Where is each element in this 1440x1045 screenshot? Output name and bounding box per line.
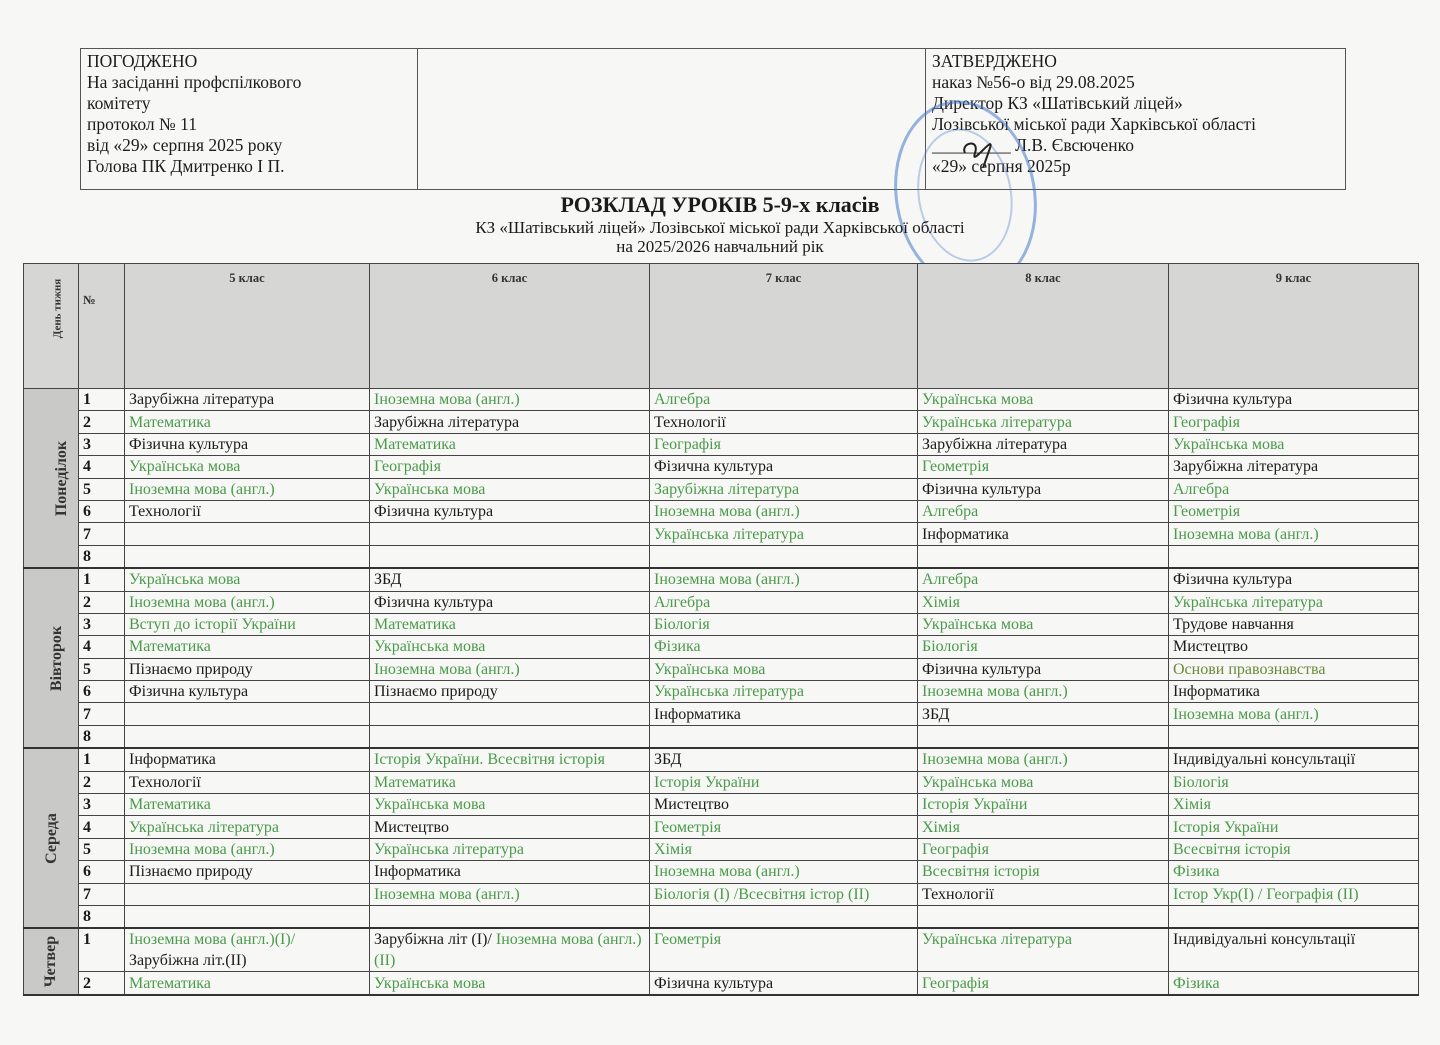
lesson-number: 5 [79, 838, 125, 860]
table-row: 6ТехнологіїФізична культураІноземна мова… [24, 500, 1419, 522]
table-row: 4Українська моваГеографіяФізична культур… [24, 456, 1419, 478]
lesson-number: 4 [79, 456, 125, 478]
header-class-6: 6 клас [370, 264, 650, 389]
lesson-cell: Індивідуальні консультації [1169, 748, 1419, 771]
approved-order: наказ №56-о від 29.08.2025 [932, 72, 1339, 93]
lesson-cell: Алгебра [918, 500, 1169, 522]
table-row: 4Українська літератураМистецтвоГеометрія… [24, 816, 1419, 838]
lesson-cell: Технології [650, 411, 918, 433]
header-number: № [79, 264, 125, 389]
approved-director: Директор КЗ «Шатівський ліцей» [932, 93, 1339, 114]
lesson-cell: Іноземна мова (англ.) [125, 478, 370, 500]
lesson-cell: Іноземна мова (англ.) [918, 681, 1169, 703]
table-row: 5Іноземна мова (англ.)Українська моваЗар… [24, 478, 1419, 500]
lesson-cell: Фізична культура [370, 591, 650, 613]
lesson-cell: Пізнаємо природу [370, 681, 650, 703]
lesson-cell [1169, 725, 1419, 748]
table-row: 3Вступ до історії УкраїниМатематикаБіоло… [24, 613, 1419, 635]
lesson-cell [1169, 545, 1419, 568]
lesson-cell: Географія [650, 433, 918, 455]
lesson-cell: ЗБД [370, 568, 650, 591]
lesson-cell: Іноземна мова (англ.) [918, 748, 1169, 771]
lesson-cell: Іноземна мова (англ.) [125, 591, 370, 613]
lesson-cell: Фізика [650, 636, 918, 658]
table-row: 5Іноземна мова (англ.)Українська літерат… [24, 838, 1419, 860]
lesson-cell: Технології [125, 500, 370, 522]
lesson-cell: Українська мова [370, 478, 650, 500]
page-title: РОЗКЛАД УРОКІВ 5-9-х класів [0, 192, 1440, 218]
lesson-number: 5 [79, 658, 125, 680]
day-name: Понеділок [51, 440, 72, 515]
approved-block: ЗАТВЕРДЖЕНО наказ №56-о від 29.08.2025 Д… [926, 49, 1346, 190]
lesson-cell [370, 523, 650, 545]
lesson-cell: Геометрія [650, 816, 918, 838]
lesson-cell: Українська мова [918, 389, 1169, 411]
lesson-number: 2 [79, 771, 125, 793]
lesson-cell: Зарубіжна література [370, 411, 650, 433]
header-day: День тижня [24, 264, 79, 389]
lesson-cell: Географія [370, 456, 650, 478]
lesson-cell: Інформатика [650, 703, 918, 725]
lesson-number: 1 [79, 389, 125, 411]
lesson-cell: Зарубіжна література [1169, 456, 1419, 478]
lesson-cell [918, 905, 1169, 928]
lesson-cell: Вступ до історії України [125, 613, 370, 635]
lesson-cell: Українська мова [370, 972, 650, 995]
lesson-cell: ЗБД [918, 703, 1169, 725]
approval-block: ПОГОДЖЕНО На засіданні профспілкового ко… [80, 48, 1346, 190]
lesson-cell: Істор Укр(І) / Географія (ІІ) [1169, 883, 1419, 905]
lesson-number: 6 [79, 681, 125, 703]
agreed-block: ПОГОДЖЕНО На засіданні профспілкового ко… [81, 49, 418, 190]
lesson-cell: Українська мова [1169, 433, 1419, 455]
lesson-number: 7 [79, 883, 125, 905]
lesson-cell: Українська мова [125, 568, 370, 591]
table-row: Середа1ІнформатикаІсторія України. Всесв… [24, 748, 1419, 771]
lesson-cell [650, 905, 918, 928]
lesson-cell: Геометрія [918, 456, 1169, 478]
lesson-cell: Фізична культура [370, 500, 650, 522]
lesson-cell: Географія [918, 838, 1169, 860]
lesson-cell: Алгебра [650, 389, 918, 411]
lesson-cell: Біологія [650, 613, 918, 635]
header-class-8: 8 клас [918, 264, 1169, 389]
lesson-number: 8 [79, 905, 125, 928]
table-row: 7Іноземна мова (англ.)Біологія (І) /Всес… [24, 883, 1419, 905]
lesson-cell: Історія України [1169, 816, 1419, 838]
lesson-cell: Фізика [1169, 861, 1419, 883]
lesson-cell: Фізична культура [918, 478, 1169, 500]
table-row: 8 [24, 545, 1419, 568]
lesson-cell: Зарубіжна література [125, 389, 370, 411]
lesson-cell: Всесвітня історія [1169, 838, 1419, 860]
table-row: 6Пізнаємо природуІнформатикаІноземна мов… [24, 861, 1419, 883]
lesson-cell: Іноземна мова (англ.) [650, 500, 918, 522]
day-label-cell: Середа [24, 748, 79, 928]
lesson-cell: Хімія [1169, 794, 1419, 816]
lesson-cell: Алгебра [1169, 478, 1419, 500]
lesson-cell [125, 703, 370, 725]
approval-spacer [418, 49, 926, 190]
day-name: Середа [40, 813, 61, 864]
lesson-cell: ЗБД [650, 748, 918, 771]
lesson-cell: Алгебра [650, 591, 918, 613]
lesson-number: 6 [79, 500, 125, 522]
lesson-cell [125, 883, 370, 905]
lesson-cell: Інформатика [125, 748, 370, 771]
lesson-number: 2 [79, 411, 125, 433]
lesson-cell: Українська література [650, 523, 918, 545]
table-row: Вівторок1Українська моваЗБДІноземна мова… [24, 568, 1419, 591]
lesson-cell: Фізична культура [1169, 568, 1419, 591]
table-row: 3МатематикаУкраїнська моваМистецтвоІстор… [24, 794, 1419, 816]
lesson-cell: Пізнаємо природу [125, 861, 370, 883]
lesson-cell: Українська література [370, 838, 650, 860]
lesson-cell: Іноземна мова (англ.) [370, 389, 650, 411]
header-class-5: 5 клас [125, 264, 370, 389]
lesson-cell: Індивідуальні консультації [1169, 928, 1419, 972]
lesson-cell: Геометрія [1169, 500, 1419, 522]
table-row: 2МатематикаЗарубіжна літератураТехнологі… [24, 411, 1419, 433]
lesson-number: 1 [79, 568, 125, 591]
lesson-cell: Фізична культура [125, 433, 370, 455]
lesson-cell: Іноземна мова (англ.) [370, 883, 650, 905]
agreed-heading: ПОГОДЖЕНО [87, 51, 411, 72]
lesson-cell [650, 725, 918, 748]
lesson-number: 3 [79, 794, 125, 816]
agreed-line: комітету [87, 93, 411, 114]
lesson-cell: Фізична культура [650, 972, 918, 995]
lesson-cell: Біологія (І) /Всесвітня істор (ІІ) [650, 883, 918, 905]
lesson-cell: Історія України. Всесвітня історія [370, 748, 650, 771]
lesson-cell: Хімія [918, 816, 1169, 838]
table-row: 2МатематикаУкраїнська моваФізична культу… [24, 972, 1419, 995]
lesson-cell: Інформатика [370, 861, 650, 883]
lesson-cell: Математика [370, 433, 650, 455]
lesson-number: 7 [79, 703, 125, 725]
lesson-cell [370, 725, 650, 748]
lesson-number: 1 [79, 748, 125, 771]
header-class-9: 9 клас [1169, 264, 1419, 389]
lesson-cell: Іноземна мова (англ.) [650, 861, 918, 883]
approved-heading: ЗАТВЕРДЖЕНО [932, 51, 1339, 72]
lesson-cell [125, 905, 370, 928]
academic-year: на 2025/2026 навчальний рік [0, 237, 1440, 256]
lesson-cell: Історія України [650, 771, 918, 793]
lesson-cell: Хімія [650, 838, 918, 860]
lesson-cell: Історія України [918, 794, 1169, 816]
lesson-cell: Технології [918, 883, 1169, 905]
lesson-cell: Фізична культура [1169, 389, 1419, 411]
lesson-cell: Українська мова [650, 658, 918, 680]
approved-signature-line: _________ Л.В. Євсюченко [932, 135, 1339, 156]
lesson-cell: Фізична культура [125, 681, 370, 703]
header-row: День тижня № 5 клас 6 клас 7 клас 8 клас… [24, 264, 1419, 389]
approved-date: «29» серпня 2025р [932, 156, 1339, 177]
lesson-number: 8 [79, 725, 125, 748]
lesson-cell: Математика [125, 972, 370, 995]
table-row: 2Іноземна мова (англ.)Фізична культураАл… [24, 591, 1419, 613]
table-row: Понеділок1Зарубіжна літератураІноземна м… [24, 389, 1419, 411]
lesson-cell: Геометрія [650, 928, 918, 972]
lesson-number: 2 [79, 972, 125, 995]
table-row: 8 [24, 725, 1419, 748]
lesson-number: 7 [79, 523, 125, 545]
lesson-cell [1169, 905, 1419, 928]
lesson-number: 6 [79, 861, 125, 883]
lesson-cell: Фізична культура [918, 658, 1169, 680]
table-row: 6Фізична культураПізнаємо природуУкраїнс… [24, 681, 1419, 703]
table-row: 5Пізнаємо природуІноземна мова (англ.)Ук… [24, 658, 1419, 680]
lesson-cell: Іноземна мова (англ.)(І)/ Зарубіжна літ.… [125, 928, 370, 972]
lesson-cell [125, 545, 370, 568]
lesson-number: 4 [79, 816, 125, 838]
lesson-cell: Іноземна мова (англ.) [370, 658, 650, 680]
lesson-cell: Українська мова [918, 771, 1169, 793]
header-class-7: 7 клас [650, 264, 918, 389]
lesson-cell [125, 725, 370, 748]
approved-council: Лозівської міської ради Харківської обла… [932, 114, 1339, 135]
lesson-cell: Українська мова [125, 456, 370, 478]
lesson-cell: Хімія [918, 591, 1169, 613]
lesson-number: 5 [79, 478, 125, 500]
lesson-cell: Мистецтво [1169, 636, 1419, 658]
day-label-cell: Понеділок [24, 389, 79, 569]
lesson-cell: Основи правознавства [1169, 658, 1419, 680]
lesson-cell: Інформатика [918, 523, 1169, 545]
lesson-number: 2 [79, 591, 125, 613]
schedule-document: ПОГОДЖЕНО На засіданні профспілкового ко… [0, 0, 1440, 1045]
day-label-cell: Четвер [24, 928, 79, 994]
lesson-cell: Іноземна мова (англ.) [1169, 703, 1419, 725]
lesson-number: 1 [79, 928, 125, 972]
agreed-signatory: Голова ПК Дмитренко І П. [87, 156, 411, 177]
agreed-line: На засіданні профспілкового [87, 72, 411, 93]
lesson-cell: Географія [918, 972, 1169, 995]
lesson-cell: Українська література [918, 411, 1169, 433]
lesson-cell: Мистецтво [650, 794, 918, 816]
day-name: Четвер [41, 936, 62, 987]
table-row: 4МатематикаУкраїнська моваФізикаБіологія… [24, 636, 1419, 658]
lesson-cell: Мистецтво [370, 816, 650, 838]
lesson-cell: Математика [125, 411, 370, 433]
lesson-cell: Біологія [918, 636, 1169, 658]
lesson-cell: Математика [125, 794, 370, 816]
table-row: 8 [24, 905, 1419, 928]
table-row: 2ТехнологіїМатематикаІсторія УкраїниУкра… [24, 771, 1419, 793]
lesson-cell: Українська література [650, 681, 918, 703]
lesson-cell: Зарубіжна література [918, 433, 1169, 455]
table-row: 7ІнформатикаЗБДІноземна мова (англ.) [24, 703, 1419, 725]
lesson-number: 3 [79, 433, 125, 455]
agreed-date: від «29» серпня 2025 року [87, 135, 411, 156]
lesson-cell [125, 523, 370, 545]
table-row: 7Українська літератураІнформатикаІноземн… [24, 523, 1419, 545]
lesson-cell: Географія [1169, 411, 1419, 433]
lesson-cell: Математика [370, 771, 650, 793]
lesson-cell [918, 725, 1169, 748]
lesson-cell: Всесвітня історія [918, 861, 1169, 883]
title-block: РОЗКЛАД УРОКІВ 5-9-х класів КЗ «Шатівськ… [0, 192, 1440, 256]
lesson-cell: Українська література [125, 816, 370, 838]
day-label-cell: Вівторок [24, 568, 79, 748]
lesson-cell: Українська література [1169, 591, 1419, 613]
lesson-cell: Трудове навчання [1169, 613, 1419, 635]
lesson-cell: Іноземна мова (англ.) [125, 838, 370, 860]
lesson-cell: Технології [125, 771, 370, 793]
lesson-cell [370, 703, 650, 725]
lesson-number: 3 [79, 613, 125, 635]
lesson-cell: Українська мова [370, 794, 650, 816]
lesson-cell: Математика [370, 613, 650, 635]
agreed-protocol: протокол № 11 [87, 114, 411, 135]
table-row: Четвер1Іноземна мова (англ.)(І)/ Зарубіж… [24, 928, 1419, 972]
lesson-cell: Українська література [918, 928, 1169, 972]
lesson-cell [650, 545, 918, 568]
lesson-cell: Математика [125, 636, 370, 658]
lesson-cell: Українська мова [370, 636, 650, 658]
lesson-cell: Алгебра [918, 568, 1169, 591]
lesson-number: 8 [79, 545, 125, 568]
lesson-cell: Іноземна мова (англ.) [650, 568, 918, 591]
lesson-cell: Українська мова [918, 613, 1169, 635]
lesson-cell: Пізнаємо природу [125, 658, 370, 680]
lesson-cell: Фізика [1169, 972, 1419, 995]
lesson-cell [918, 545, 1169, 568]
schedule-table: День тижня № 5 клас 6 клас 7 клас 8 клас… [23, 263, 1419, 996]
institution-name: КЗ «Шатівський ліцей» Лозівської міської… [0, 218, 1440, 237]
lesson-cell: Іноземна мова (англ.) [1169, 523, 1419, 545]
lesson-cell: Зарубіжна література [650, 478, 918, 500]
lesson-cell: Зарубіжна літ (І)/ Іноземна мова (англ.)… [370, 928, 650, 972]
lesson-cell: Біологія [1169, 771, 1419, 793]
table-row: 3Фізична культураМатематикаГеографіяЗару… [24, 433, 1419, 455]
lesson-cell [370, 545, 650, 568]
day-name: Вівторок [46, 626, 67, 691]
lesson-number: 4 [79, 636, 125, 658]
lesson-cell: Фізична культура [650, 456, 918, 478]
lesson-cell [370, 905, 650, 928]
lesson-cell: Інформатика [1169, 681, 1419, 703]
